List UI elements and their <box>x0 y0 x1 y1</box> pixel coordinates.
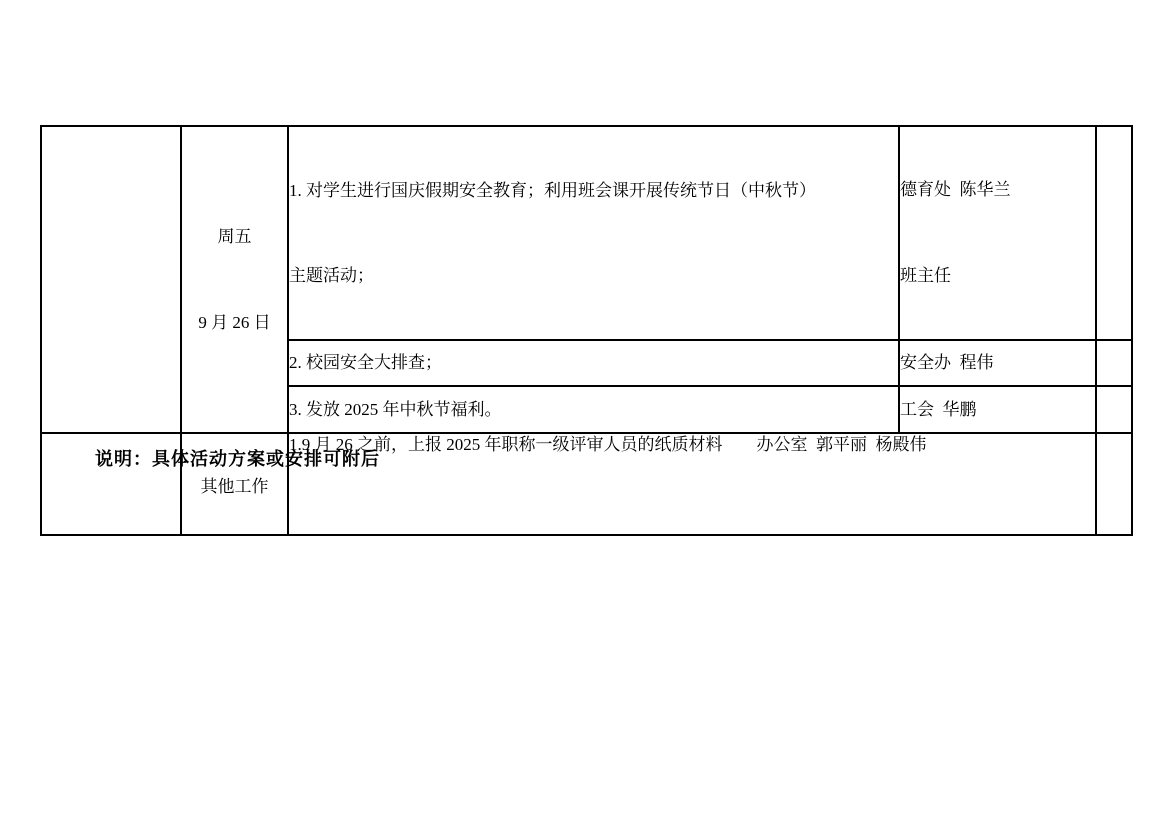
weekly-schedule-table: 周五 9 月 26 日 1. 对学生进行国庆假期安全教育；利用班会课开展传统节日… <box>40 125 1133 536</box>
owner-cell-1: 德育处 陈华兰 班主任 <box>899 126 1096 340</box>
day-cell: 周五 9 月 26 日 <box>181 126 288 433</box>
mark-cell-3 <box>1096 386 1132 433</box>
document-page: 周五 9 月 26 日 1. 对学生进行国庆假期安全教育；利用班会课开展传统节日… <box>0 0 1170 827</box>
mark-cell-2 <box>1096 340 1132 386</box>
task-cell-1: 1. 对学生进行国庆假期安全教育；利用班会课开展传统节日（中秋节） 主题活动； <box>288 126 899 340</box>
note-text: 说明：具体活动方案或安排可附后 <box>95 445 380 471</box>
task-cell-2: 2. 校园安全大排查； <box>288 340 899 386</box>
other-work-task-cell: 1.9 月 26 之前，上报 2025 年职称一级评审人员的纸质材料 办公室 郭… <box>288 433 1096 535</box>
owner-1-line-1: 德育处 陈华兰 <box>900 167 1095 213</box>
table-row: 周五 9 月 26 日 1. 对学生进行国庆假期安全教育；利用班会课开展传统节日… <box>41 126 1132 340</box>
task-cell-3: 3. 发放 2025 年中秋节福利。 <box>288 386 899 433</box>
owner-1-line-2: 班主任 <box>900 253 1095 299</box>
left-empty-cell <box>41 126 181 433</box>
task-1-line-2: 主题活动； <box>289 253 898 298</box>
mark-cell-4 <box>1096 433 1132 535</box>
weekday-label: 周五 <box>182 214 287 260</box>
date-label: 9 月 26 日 <box>182 300 287 346</box>
mark-cell-1 <box>1096 126 1132 340</box>
owner-cell-3: 工会 华鹏 <box>899 386 1096 433</box>
task-1-line-1: 1. 对学生进行国庆假期安全教育；利用班会课开展传统节日（中秋节） <box>289 168 898 213</box>
owner-cell-2: 安全办 程伟 <box>899 340 1096 386</box>
